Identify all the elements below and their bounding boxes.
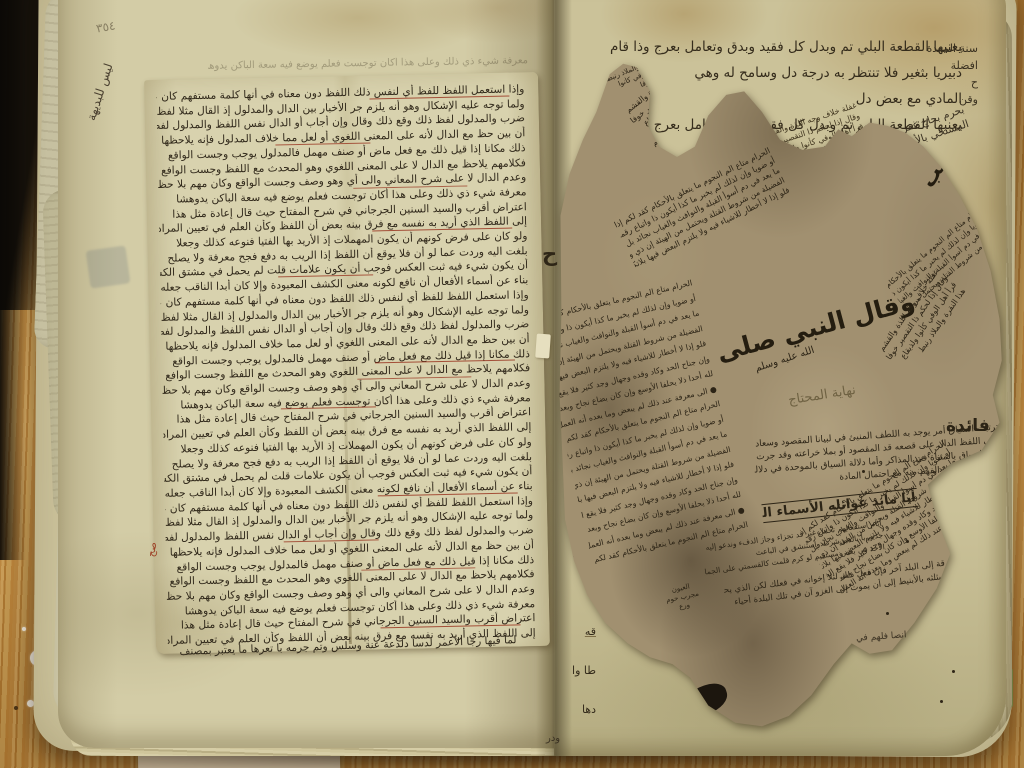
ink-blot — [679, 680, 731, 721]
text-line: قرأ أهل الوفي كأنوا ولذيقاع — [586, 64, 720, 172]
leaf-text-block: وإذا استعمل اللفظ للفظ أي لنفس ذلك اللفظ… — [156, 82, 536, 648]
paint-splatter — [22, 627, 26, 631]
page-speck — [862, 470, 865, 473]
fragment-marginal-mark: العيونمجرب حومورع — [664, 581, 702, 614]
fragment-left-column-text: الحرام متاع الم النجوم ما يتعلق بالأحكام… — [534, 275, 749, 568]
page-speck — [906, 540, 909, 543]
paper-repair-tab — [535, 334, 551, 359]
torn-fragment-wrapper: هذا النقرة والملاذ رنبطقرأ أهل الوفي كأن… — [556, 50, 1004, 740]
wood-knot — [14, 706, 18, 710]
right-page-catchword: ودر — [546, 733, 560, 744]
page-speck — [952, 670, 955, 673]
page-speck — [940, 700, 943, 703]
page-speck — [886, 612, 889, 615]
fragment-diagonal-text-b: الحرام متاع الم النجوم ما يتعلق بالأحكام… — [613, 145, 792, 270]
book-title-note: نهاية المحتاج — [787, 383, 857, 408]
ink-stamp-ghost — [86, 245, 131, 288]
right-page-gutter-initial: ح — [542, 242, 557, 266]
fragment-large-script: والطيباللبس — [897, 111, 1002, 235]
fragment-diagonal-text-a: غفلة خلاف وجه اللذة والقشموقال إذا لحكم … — [573, 48, 733, 189]
torn-manuscript-fragment: هذا النقرة والملاذ رنبطقرأ أهل الوفي كأن… — [556, 50, 1004, 740]
manuscript-photo: ٣٥٤ ليس للبديهة معرفة شيء ذي ذلك وعلى هذ… — [0, 0, 1024, 768]
table-edge-shadow — [0, 0, 26, 560]
inserted-manuscript-leaf: وإذا استعمل اللفظ للفظ أي لنفس ذلك اللفظ… — [144, 72, 550, 654]
